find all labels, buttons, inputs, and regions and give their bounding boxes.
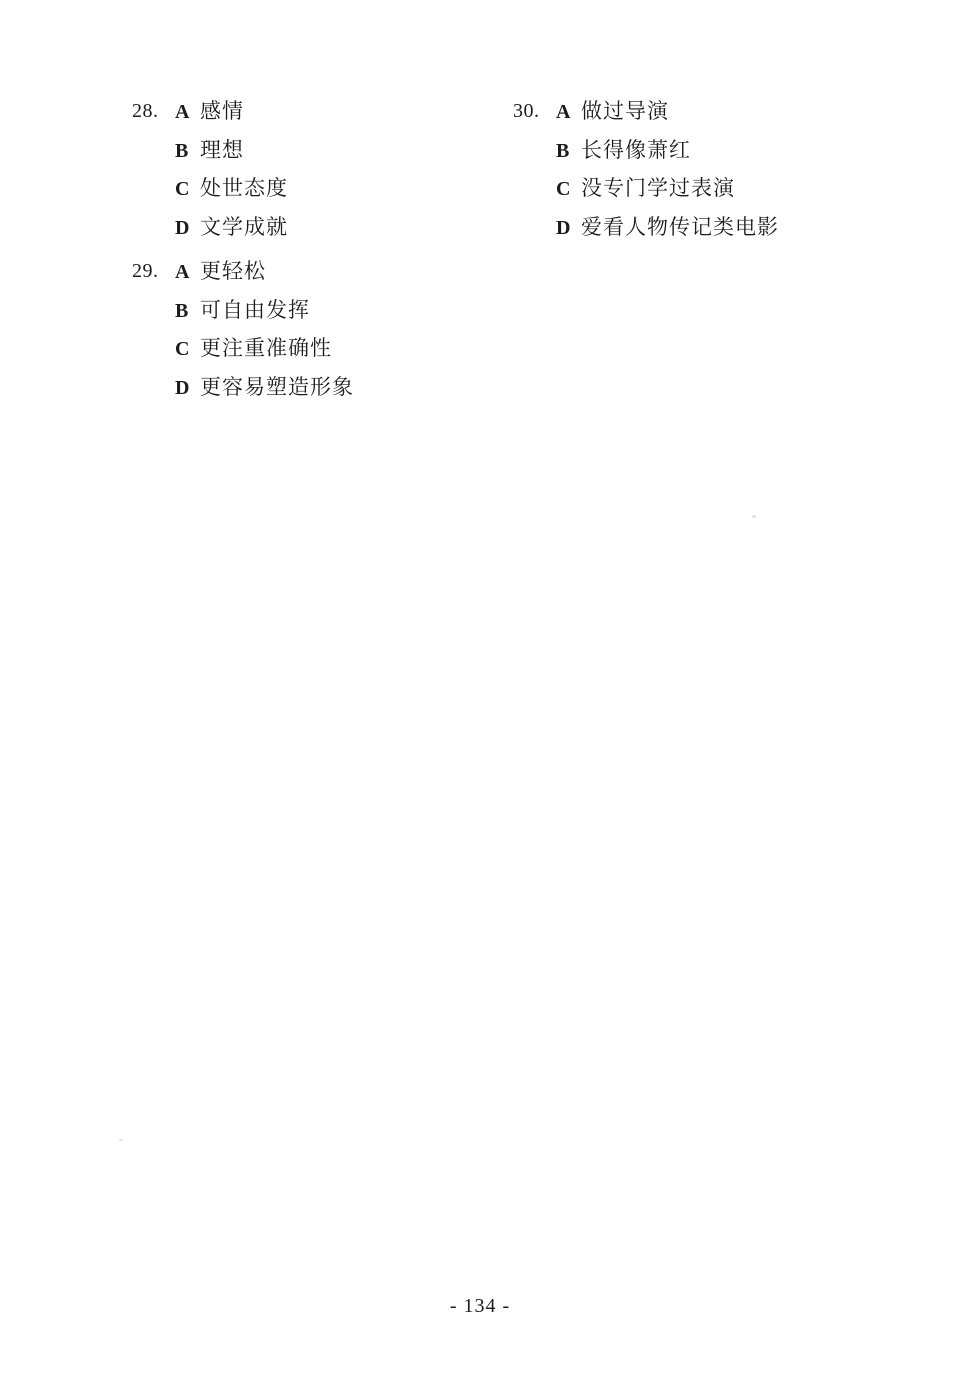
option-label: D xyxy=(556,210,581,248)
option-text: 理想 xyxy=(200,138,244,162)
question-29-options: A更轻松 B可自由发挥 C更注重准确性 D更容易塑造形象 xyxy=(175,253,354,407)
option-text: 爱看人物传记类电影 xyxy=(581,215,779,239)
option-29-c: C更注重准确性 xyxy=(175,330,354,369)
question-30: 30. A做过导演 B长得像萧红 C没专门学过表演 D爱看人物传记类电影 xyxy=(513,93,779,247)
option-text: 做过导演 xyxy=(581,99,669,123)
scan-speck xyxy=(119,1139,123,1141)
option-29-b: B可自由发挥 xyxy=(175,292,354,331)
option-label: B xyxy=(175,293,200,331)
option-text: 没专门学过表演 xyxy=(581,176,735,200)
option-label: B xyxy=(556,133,581,171)
option-label: A xyxy=(175,254,200,292)
option-label: D xyxy=(175,210,200,248)
option-30-b: B长得像萧红 xyxy=(556,132,779,171)
option-text: 更容易塑造形象 xyxy=(200,375,354,399)
option-text: 更轻松 xyxy=(200,259,266,283)
option-28-b: B理想 xyxy=(175,132,288,171)
option-label: A xyxy=(556,94,581,132)
question-28-number: 28. xyxy=(132,93,175,131)
question-29: 29. A更轻松 B可自由发挥 C更注重准确性 D更容易塑造形象 xyxy=(132,253,354,407)
question-29-number: 29. xyxy=(132,253,175,291)
option-label: D xyxy=(175,370,200,408)
option-text: 感情 xyxy=(200,99,244,123)
question-30-number: 30. xyxy=(513,93,556,131)
option-28-a: A感情 xyxy=(175,93,288,132)
option-label: C xyxy=(175,171,200,209)
question-30-options: A做过导演 B长得像萧红 C没专门学过表演 D爱看人物传记类电影 xyxy=(556,93,779,247)
option-label: B xyxy=(175,133,200,171)
page-number: - 134 - xyxy=(0,1295,960,1318)
scan-speck xyxy=(752,515,756,518)
option-text: 文学成就 xyxy=(200,215,288,239)
option-text: 可自由发挥 xyxy=(200,298,310,322)
option-30-c: C没专门学过表演 xyxy=(556,170,779,209)
option-label: C xyxy=(175,331,200,369)
option-label: C xyxy=(556,171,581,209)
exam-page: 28. A感情 B理想 C处世态度 D文学成就 30. A做过导演 B长得像萧红 xyxy=(0,0,960,1394)
question-28: 28. A感情 B理想 C处世态度 D文学成就 xyxy=(132,93,288,247)
option-29-d: D更容易塑造形象 xyxy=(175,369,354,408)
question-28-options: A感情 B理想 C处世态度 D文学成就 xyxy=(175,93,288,247)
option-text: 更注重准确性 xyxy=(200,336,332,360)
option-29-a: A更轻松 xyxy=(175,253,354,292)
option-text: 长得像萧红 xyxy=(581,138,691,162)
option-label: A xyxy=(175,94,200,132)
option-28-d: D文学成就 xyxy=(175,209,288,248)
option-28-c: C处世态度 xyxy=(175,170,288,209)
option-30-d: D爱看人物传记类电影 xyxy=(556,209,779,248)
option-text: 处世态度 xyxy=(200,176,288,200)
option-30-a: A做过导演 xyxy=(556,93,779,132)
